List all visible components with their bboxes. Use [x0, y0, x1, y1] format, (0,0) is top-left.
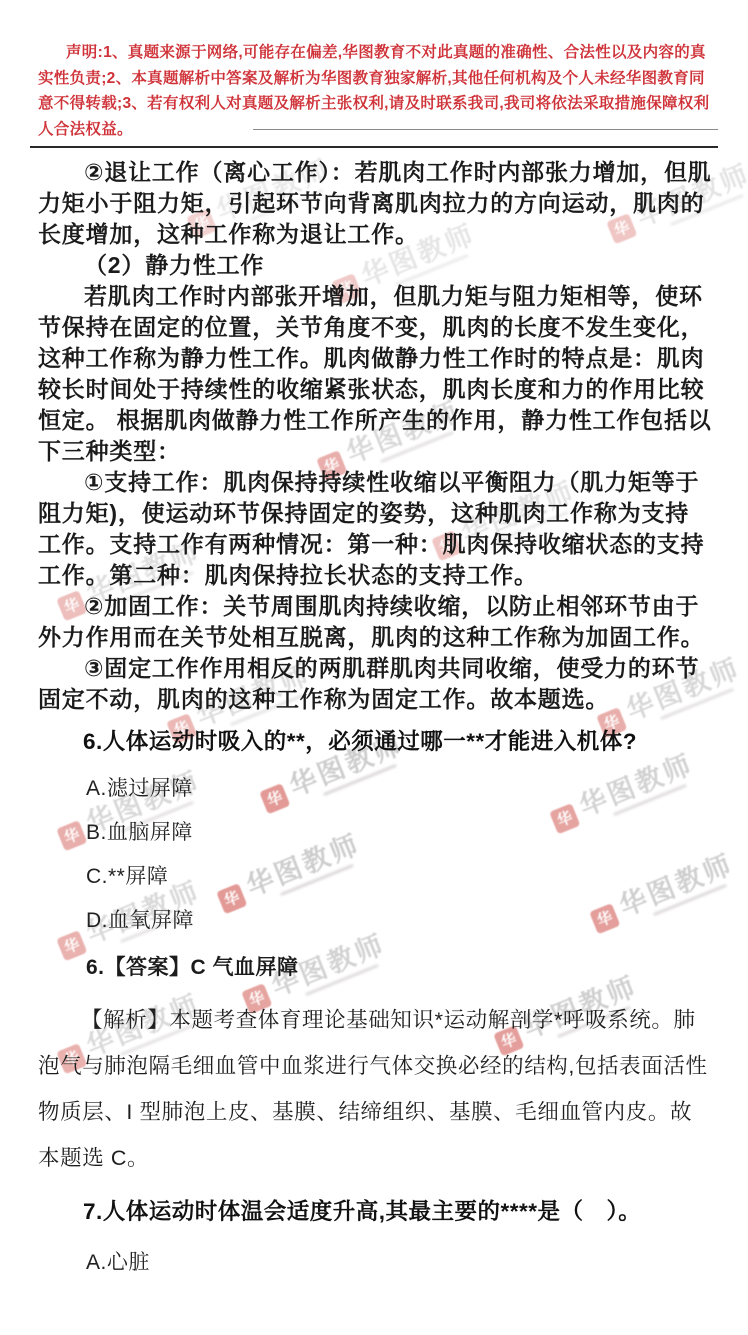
question6-analysis: 【解析】本题考查体育理论基础知识*运动解剖学*呼吸系统。肺泡气与肺泡隔毛细血管中… — [38, 997, 714, 1181]
question6-answer: 6.【答案】C 气血屏障 — [86, 955, 712, 981]
question7-stem: 7.人体运动时体温会适度升高,其最主要的****是（ ）。 — [38, 1197, 712, 1227]
disclaimer-text: 1、真题来源于网络,可能存在偏差,华图教育不对此真题的准确性、合法性以及内容的真… — [38, 44, 709, 138]
paragraph-static-work-title: （2）静力性工作 — [38, 250, 712, 281]
paragraph-support-work: ①支持工作：肌肉保持持续性收缩以平衡阻力（肌力矩等于阻力矩)，使运动环节保持固定… — [38, 467, 712, 591]
huatu-logo-icon: 华 — [56, 930, 87, 961]
disclaimer-notice: 声明:1、真题来源于网络,可能存在偏差,华图教育不对此真题的准确性、合法性以及内… — [38, 40, 714, 142]
disclaimer-label: 声明: — [66, 44, 103, 61]
question6-option-d: D.血氧屏障 — [86, 909, 712, 933]
question6-stem: 6.人体运动时吸入的**，必须通过哪一**才能进入机体? — [38, 727, 712, 757]
huatu-logo-icon: 华 — [56, 820, 87, 851]
explanation-body: ②退让工作（离心工作）：若肌肉工作时内部张力增加，但肌力矩小于阻力矩，引起环节向… — [38, 157, 712, 715]
question6-option-a: A.滤过屏障 — [86, 777, 712, 801]
question6-option-c: C.**屏障 — [86, 865, 712, 889]
question6-option-b: B.血脑屏障 — [86, 821, 712, 845]
paragraph-retreat-work: ②退让工作（离心工作）：若肌肉工作时内部张力增加，但肌力矩小于阻力矩，引起环节向… — [38, 157, 712, 250]
paragraph-static-work: 若肌肉工作时内部张开增加，但肌力矩与阻力矩相等，使环节保持在固定的位置，关节角度… — [38, 281, 712, 467]
divider-line-main — [30, 146, 718, 148]
question7-option-a: A.心脏 — [86, 1251, 712, 1275]
paragraph-fix-work: ③固定工作作用相反的两肌群肌肉共同收缩，使受力的环节固定不动，肌肉的这种工作称为… — [38, 653, 712, 715]
paragraph-reinforce-work: ②加固工作：关节周围肌肉持续收缩，以防止相邻环节由于外力作用而在关节处相互脱离，… — [38, 591, 712, 653]
divider-line-upper — [253, 129, 718, 130]
document-page: 华华图教师 华华图教师 华华图教师 华华图教师 华华图教师 华华图教师 华华图教… — [0, 0, 748, 1335]
